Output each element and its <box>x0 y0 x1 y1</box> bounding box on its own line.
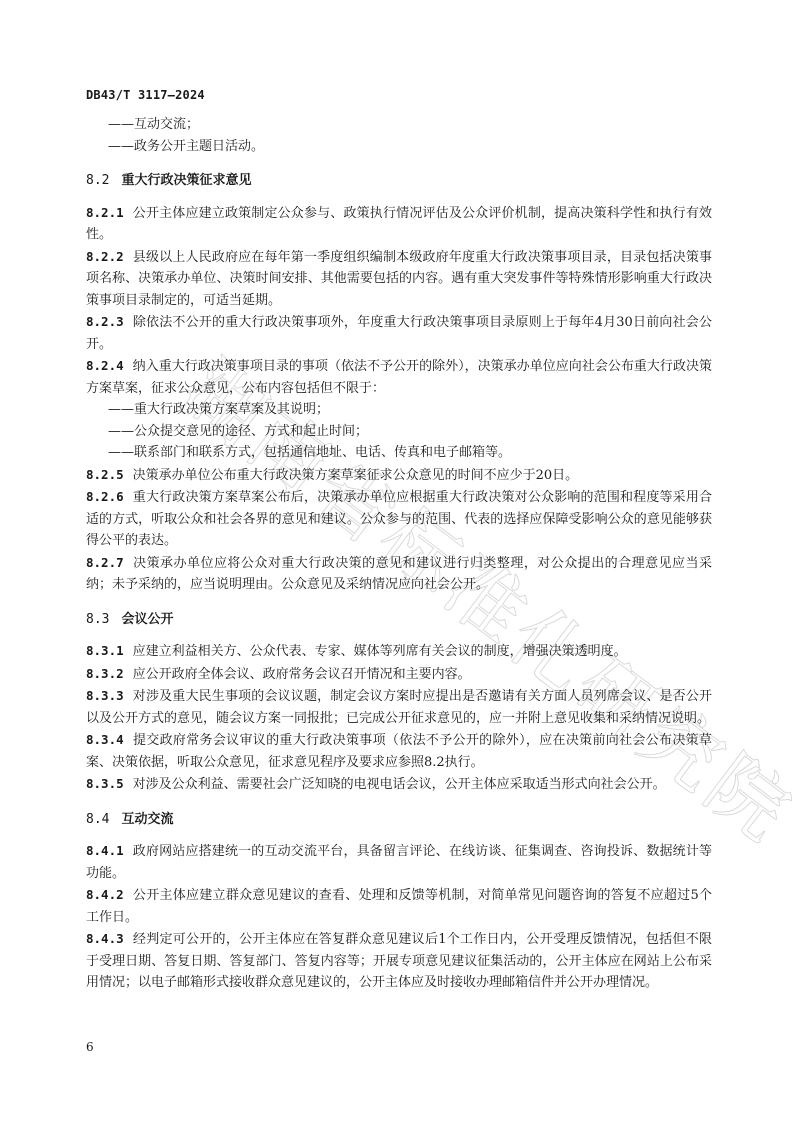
clause: 8.2.1公开主体应建立政策制定公众参与、政策执行情况评估及公众评价机制，提高决… <box>86 202 712 246</box>
clause-number: 8.3.5 <box>86 776 124 791</box>
clause-number: 8.4.1 <box>86 843 124 858</box>
clause-text: 经判定可公开的，公开主体应在答复群众意见建议后1个工作日内，公开受理反馈情况，包… <box>86 932 712 990</box>
clause-number: 8.2.3 <box>86 314 124 329</box>
clause-number: 8.2.4 <box>86 358 124 373</box>
page-number: 6 <box>86 1040 94 1054</box>
document-page: 湖南省标准化研究院 DB43/T 3117—2024 ——互动交流； ——政务公… <box>0 0 794 1122</box>
clause-number: 8.4.3 <box>86 931 124 946</box>
clause-number: 8.3.3 <box>86 688 124 703</box>
clause-text: 纳入重大行政决策事项目录的事项（依法不予公开的除外），决策承办单位应向社会公布重… <box>86 359 712 396</box>
intro-item: ——政务公开主题日活动。 <box>86 136 712 158</box>
clause-text: 决策承办单位应将公众对重大行政决策的意见和建议进行归类整理，对公众提出的合理意见… <box>86 556 712 593</box>
clause-number: 8.2.1 <box>86 205 124 220</box>
clause-text: 提交政府常务会议审议的重大行政决策事项（依法不予公开的除外），应在决策前向社会公… <box>86 733 712 770</box>
clause-number: 8.3.4 <box>86 732 124 747</box>
clause-text: 公开主体应建立群众意见建议的查看、处理和反馈等机制，对简单常见问题咨询的答复不应… <box>86 888 712 925</box>
clause-number: 8.3.2 <box>86 666 124 681</box>
clause-text: 重大行政决策方案草案公布后，决策承办单位应根据重大行政决策对公众影响的范围和程度… <box>86 490 712 548</box>
section-title: 会议公开 <box>121 612 173 627</box>
clause: 8.4.3经判定可公开的，公开主体应在答复群众意见建议后1个工作日内，公开受理反… <box>86 928 712 994</box>
document-code-header: DB43/T 3117—2024 <box>86 88 205 102</box>
clause: 8.4.2公开主体应建立群众意见建议的查看、处理和反馈等机制，对简单常见问题咨询… <box>86 884 712 928</box>
intro-item: ——互动交流； <box>86 114 712 136</box>
clause-text: 应建立利益相关方、公众代表、专家、媒体等列席有关会议的制度，增强决策透明度。 <box>133 644 627 659</box>
clause-text: 政府网站应搭建统一的互动交流平台，具备留言评论、在线访谈、征集调查、咨询投诉、数… <box>86 844 712 881</box>
clause: 8.2.3除依法不公开的重大行政决策事项外，年度重大行政决策事项目录原则上于每年… <box>86 311 712 355</box>
clause-text: 对涉及重大民生事项的会议议题，制定会议方案时应提出是否邀请有关方面人员列席会议、… <box>86 689 712 726</box>
clause-text: 决策承办单位公布重大行政决策方案草案征求公众意见的时间不应少于20日。 <box>133 468 579 483</box>
clause-number: 8.2.6 <box>86 489 124 504</box>
section-heading: 8.2重大行政决策征求意见 <box>86 170 712 192</box>
clause-number: 8.2.7 <box>86 555 124 570</box>
clause: 8.3.1应建立利益相关方、公众代表、专家、媒体等列席有关会议的制度，增强决策透… <box>86 640 712 663</box>
list-item: ——重大行政决策方案草案及其说明； <box>86 399 712 421</box>
clause: 8.2.2县级以上人民政府应在每年第一季度组织编制本级政府年度重大行政决策事项目… <box>86 246 712 312</box>
section-title: 互动交流 <box>121 812 173 827</box>
section-heading: 8.4互动交流 <box>86 809 712 831</box>
clause-number: 8.2.5 <box>86 467 124 482</box>
clause: 8.3.3对涉及重大民生事项的会议议题，制定会议方案时应提出是否邀请有关方面人员… <box>86 685 712 729</box>
clause-number: 8.2.2 <box>86 249 124 264</box>
clause: 8.3.5对涉及公众利益、需要社会广泛知晓的电视电话会议，公开主体应采取适当形式… <box>86 773 712 796</box>
clause-text: 除依法不公开的重大行政决策事项外，年度重大行政决策事项目录原则上于每年4月30日… <box>86 315 712 352</box>
list-item: ——联系部门和联系方式，包括通信地址、电话、传真和电子邮箱等。 <box>86 442 712 464</box>
clause: 8.3.4提交政府常务会议审议的重大行政决策事项（依法不予公开的除外），应在决策… <box>86 729 712 773</box>
section-number: 8.2 <box>86 173 109 188</box>
clause-text: 县级以上人民政府应在每年第一季度组织编制本级政府年度重大行政决策事项目录，目录包… <box>86 250 712 308</box>
section-number: 8.3 <box>86 612 109 627</box>
clause: 8.4.1政府网站应搭建统一的互动交流平台，具备留言评论、在线访谈、征集调查、咨… <box>86 840 712 884</box>
section-title: 重大行政决策征求意见 <box>121 173 251 188</box>
clause-text: 公开主体应建立政策制定公众参与、政策执行情况评估及公众评价机制，提高决策科学性和… <box>86 206 712 243</box>
clause: 8.2.7决策承办单位应将公众对重大行政决策的意见和建议进行归类整理，对公众提出… <box>86 552 712 596</box>
clause: 8.2.5决策承办单位公布重大行政决策方案草案征求公众意见的时间不应少于20日。 <box>86 464 712 487</box>
section-number: 8.4 <box>86 812 109 827</box>
clause: 8.2.6重大行政决策方案草案公布后，决策承办单位应根据重大行政决策对公众影响的… <box>86 486 712 552</box>
clause-number: 8.3.1 <box>86 643 124 658</box>
clause-number: 8.4.2 <box>86 887 124 902</box>
clause: 8.2.4纳入重大行政决策事项目录的事项（依法不予公开的除外），决策承办单位应向… <box>86 355 712 399</box>
document-body: ——互动交流； ——政务公开主题日活动。 8.2重大行政决策征求意见 8.2.1… <box>86 114 712 994</box>
section-heading: 8.3会议公开 <box>86 609 712 631</box>
clause-text: 应公开政府全体会议、政府常务会议召开情况和主要内容。 <box>133 667 471 682</box>
clause-text: 对涉及公众利益、需要社会广泛知晓的电视电话会议，公开主体应采取适当形式向社会公开… <box>133 777 666 792</box>
list-item: ——公众提交意见的途径、方式和起止时间； <box>86 421 712 443</box>
clause: 8.3.2应公开政府全体会议、政府常务会议召开情况和主要内容。 <box>86 663 712 686</box>
